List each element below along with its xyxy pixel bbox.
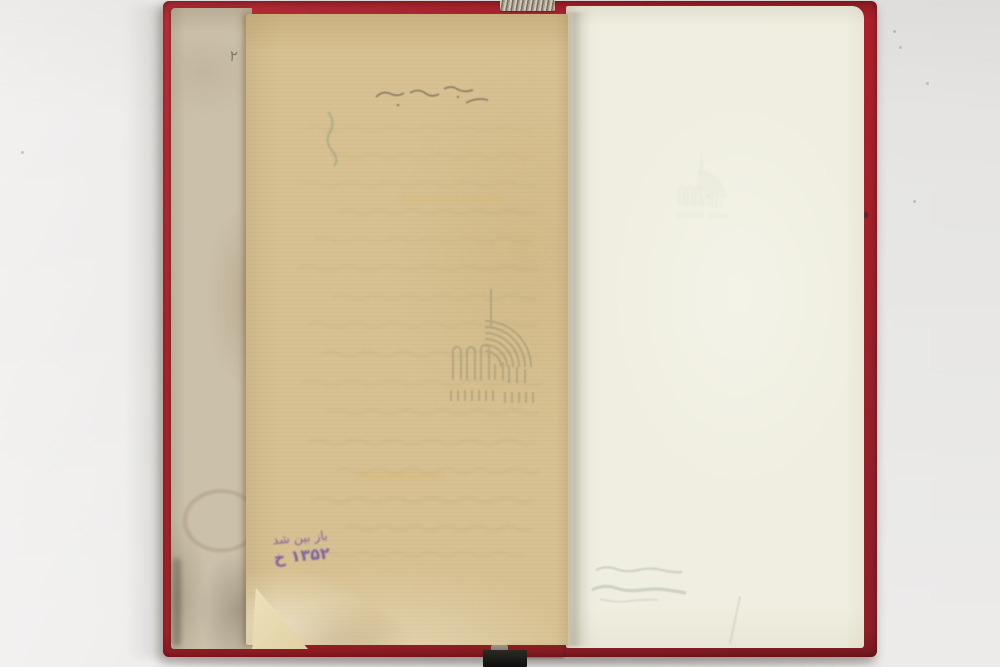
right-page xyxy=(566,6,864,648)
dust-speck xyxy=(21,151,24,154)
emblem-ghost-showthrough xyxy=(676,146,734,226)
left-flyleaf-strip xyxy=(171,8,252,649)
flyleaf-ink-smudge xyxy=(173,558,181,646)
dust-speck xyxy=(913,200,916,203)
green-ink-trace xyxy=(318,108,344,170)
endband-ribbon-top xyxy=(500,0,555,11)
book-stand-clip xyxy=(483,650,527,667)
pencil-scribbles-right-page xyxy=(588,558,706,616)
dust-speck xyxy=(899,46,902,49)
gutter-shadow xyxy=(556,12,590,646)
dust-speck xyxy=(926,82,929,85)
dust-speck xyxy=(893,30,896,33)
cover-edge-blemish xyxy=(864,212,868,218)
manuscript-photo: ۲ xyxy=(0,0,1000,667)
calligraphic-emblem-watermark xyxy=(447,287,547,405)
book-cast-shadow-left xyxy=(126,6,168,658)
pencil-scribbles-left-page xyxy=(370,83,500,113)
